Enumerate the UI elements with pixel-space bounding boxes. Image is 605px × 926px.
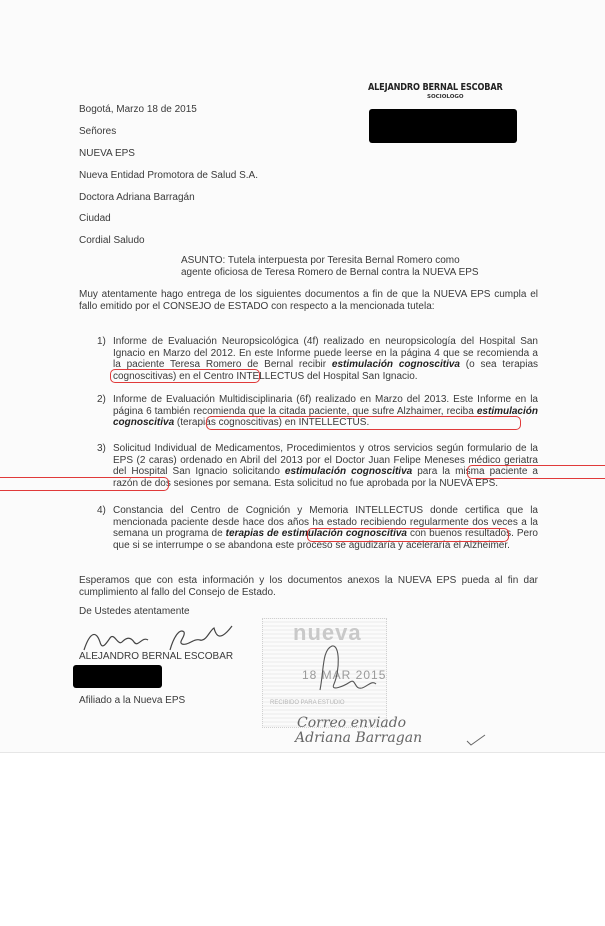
signature-affiliation: Afiliado a la Nueva EPS <box>79 695 185 706</box>
signature-name: ALEJANDRO BERNAL ESCOBAR <box>79 651 233 662</box>
redaction-block <box>369 109 517 143</box>
recipient-org: NUEVA EPS <box>79 148 135 159</box>
red-annotation-oval <box>110 369 260 383</box>
letterhead-title: SOCIOLOGO <box>427 94 464 100</box>
recipient-city: Ciudad <box>79 213 111 224</box>
recipient-person: Doctora Adriana Barragán <box>79 192 195 203</box>
redaction-block <box>73 665 162 688</box>
greeting: Cordial Saludo <box>79 235 145 246</box>
red-annotation-oval <box>467 465 605 479</box>
item-number: 1) <box>97 336 106 348</box>
highlighted-phrase: estimulación cognoscitiva <box>285 466 412 477</box>
item-number: 4) <box>97 505 106 517</box>
item-number: 2) <box>97 394 106 406</box>
subject-line-1: ASUNTO: Tutela interpuesta por Teresita … <box>181 255 479 267</box>
checkmark-icon <box>465 733 487 747</box>
letter-date: Bogotá, Marzo 18 de 2015 <box>79 104 197 115</box>
item-text: Informe de Evaluación Multidisciplinaria… <box>113 394 538 417</box>
closing-paragraph: Esperamos que con esta información y los… <box>79 575 538 598</box>
handwritten-note-line-1: Correo enviado <box>297 716 422 731</box>
salutation-to: Señores <box>79 126 116 137</box>
handwritten-note-line-2: Adriana Barragan <box>295 731 422 746</box>
letterhead-name: ALEJANDRO BERNAL ESCOBAR <box>368 82 503 93</box>
subject-block: ASUNTO: Tutela interpuesta por Teresita … <box>181 255 479 279</box>
signoff: De Ustedes atentamente <box>79 606 190 617</box>
stamp-text: RECIBIDO PARA ESTUDIO <box>270 700 380 707</box>
scanned-letter-page: ALEJANDRO BERNAL ESCOBAR SOCIOLOGO Bogot… <box>0 0 605 753</box>
red-annotation-oval <box>307 528 509 542</box>
intro-paragraph: Muy atentamente hago entrega de los sigu… <box>79 289 538 312</box>
red-annotation-oval <box>0 477 169 491</box>
recipient-org-full: Nueva Entidad Promotora de Salud S.A. <box>79 170 258 181</box>
stamp-initials-icon <box>310 640 380 700</box>
subject-line-2: agente oficiosa de Teresa Romero de Bern… <box>181 267 479 279</box>
highlighted-phrase: estimulación cognoscitiva <box>332 359 460 370</box>
handwritten-note: Correo enviado Adriana Barragan <box>297 716 422 746</box>
item-number: 3) <box>97 443 106 455</box>
red-annotation-oval <box>206 416 521 430</box>
